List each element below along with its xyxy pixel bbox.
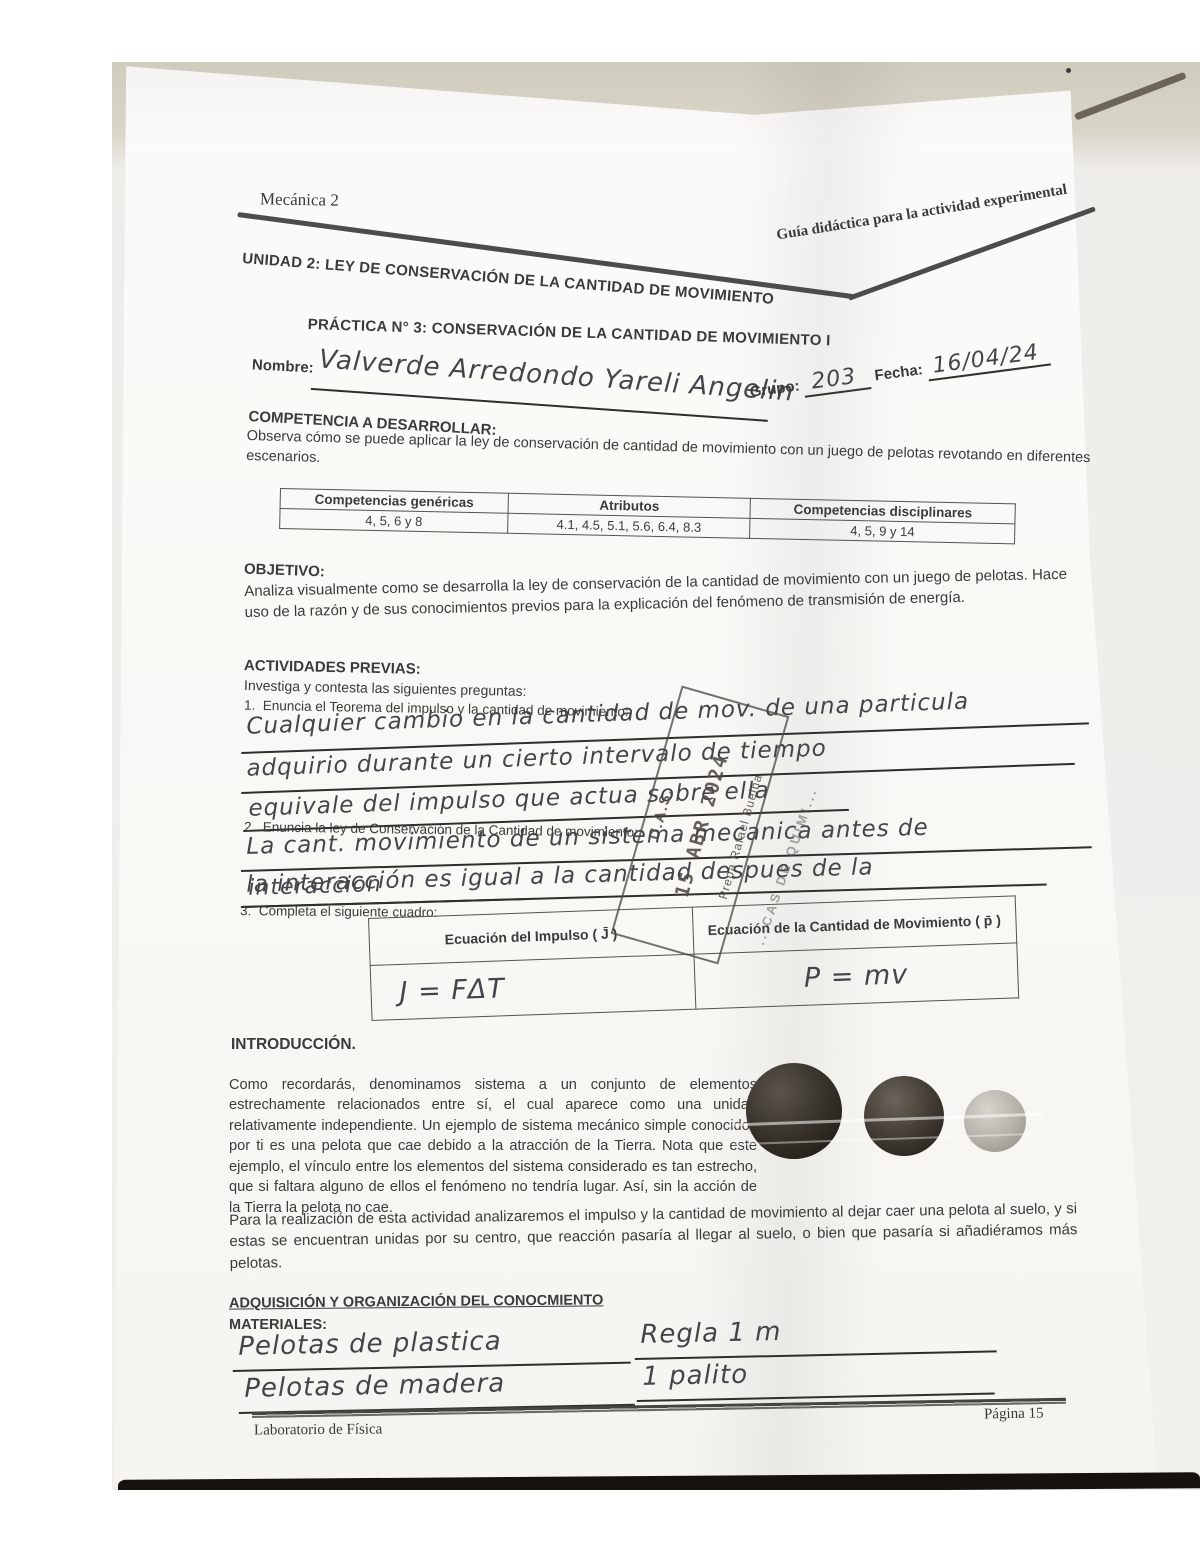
- momentum-answer: P = mv: [803, 959, 908, 994]
- question-1-label: 1.: [244, 698, 256, 713]
- corner-dot-mark: [1066, 68, 1071, 73]
- corner-diagonal-mark: [1074, 72, 1187, 121]
- adquisicion-heading: ADQUISICIÓN Y ORGANIZACIÓN DEL CONOCMIEN…: [229, 1292, 603, 1311]
- ball-large: [746, 1063, 842, 1159]
- introduccion-heading: INTRODUCCIÓN.: [231, 1036, 356, 1054]
- ball-small: [964, 1090, 1026, 1152]
- impulse-answer-cell: J = FΔT: [370, 954, 695, 1020]
- group-label: Grupo:: [749, 377, 801, 400]
- question-3-label: 3.: [240, 903, 251, 918]
- material-right-2: 1 palito: [636, 1355, 995, 1402]
- date-label: Fecha:: [874, 361, 924, 384]
- introduccion-paragraph: Como recordarás, denominamos sistema a u…: [229, 1075, 757, 1218]
- footer-page-number: Página 15: [984, 1405, 1044, 1423]
- momentum-answer-cell: P = mv: [693, 943, 1018, 1009]
- course-title: Mecánica 2: [260, 189, 339, 210]
- objetivo-heading: OBJETIVO:: [244, 561, 325, 581]
- footer-left-label: Laboratorio de Física: [254, 1421, 382, 1439]
- question-2-label: 2.: [244, 819, 255, 834]
- competencias-genericas-value: 4, 5, 6 y 8: [280, 509, 508, 534]
- impulse-answer: J = FΔT: [399, 973, 505, 1008]
- document-photo: Mecánica 2 Guía didáctica para la activi…: [112, 62, 1200, 1490]
- screenshot-canvas: Mecánica 2 Guía didáctica para la activi…: [0, 0, 1200, 1553]
- stamp-org: U.A.S.: [646, 786, 677, 842]
- realizacion-paragraph: Para la realización de esta actividad an…: [229, 1198, 1078, 1274]
- material-left-1: Pelotas de plastica: [232, 1324, 631, 1372]
- material-right-1: Regla 1 m: [634, 1312, 997, 1360]
- name-label: Nombre:: [252, 356, 314, 376]
